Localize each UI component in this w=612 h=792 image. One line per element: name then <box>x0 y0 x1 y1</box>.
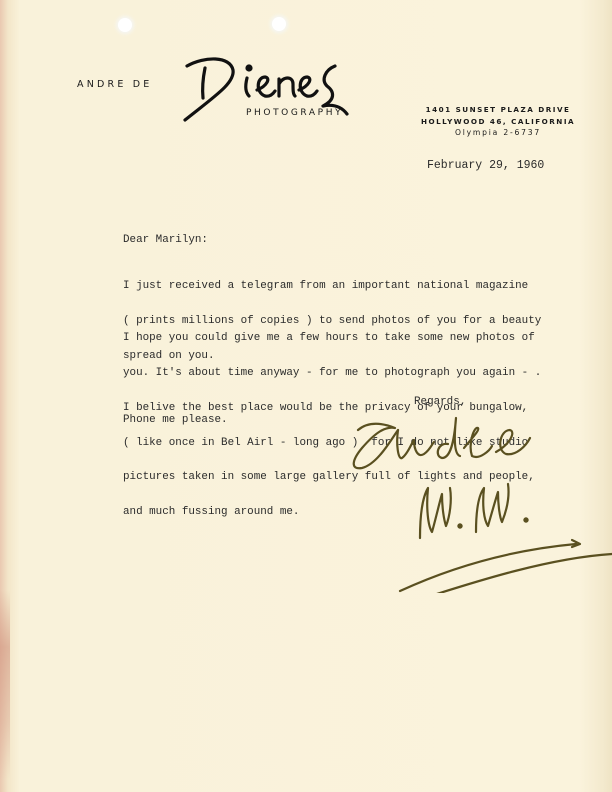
letterhead-name-prefix: ANDRE DE <box>77 79 152 90</box>
letter-date: February 29, 1960 <box>427 160 544 172</box>
text-line: I hope you could give me a few hours to … <box>123 333 541 345</box>
handwritten-signature <box>340 408 612 593</box>
edge-stain <box>0 590 10 780</box>
letterhead-address: 1401 SUNSET PLAZA DRIVE HOLLYWOOD 46, CA… <box>418 104 578 139</box>
letterhead-subtitle: PHOTOGRAPHY <box>246 108 343 118</box>
closing-line: Phone me please. <box>123 415 228 427</box>
text-line: you. It's about time anyway - for me to … <box>123 368 541 380</box>
address-street: 1401 SUNSET PLAZA DRIVE <box>418 104 578 116</box>
punch-hole-left <box>118 18 132 32</box>
punch-hole-center <box>272 17 286 31</box>
salutation: Dear Marilyn: <box>123 235 208 247</box>
complimentary-close: Regards, <box>414 397 466 409</box>
text-line: I just received a telegram from an impor… <box>123 281 541 293</box>
address-phone: Olympia 2-6737 <box>418 127 578 139</box>
address-city: HOLLYWOOD 46, CALIFORNIA <box>418 116 578 128</box>
letter-page: ANDRE DE PHOTOGRAPHY 1401 SUNSET PLAZA D… <box>0 0 612 792</box>
